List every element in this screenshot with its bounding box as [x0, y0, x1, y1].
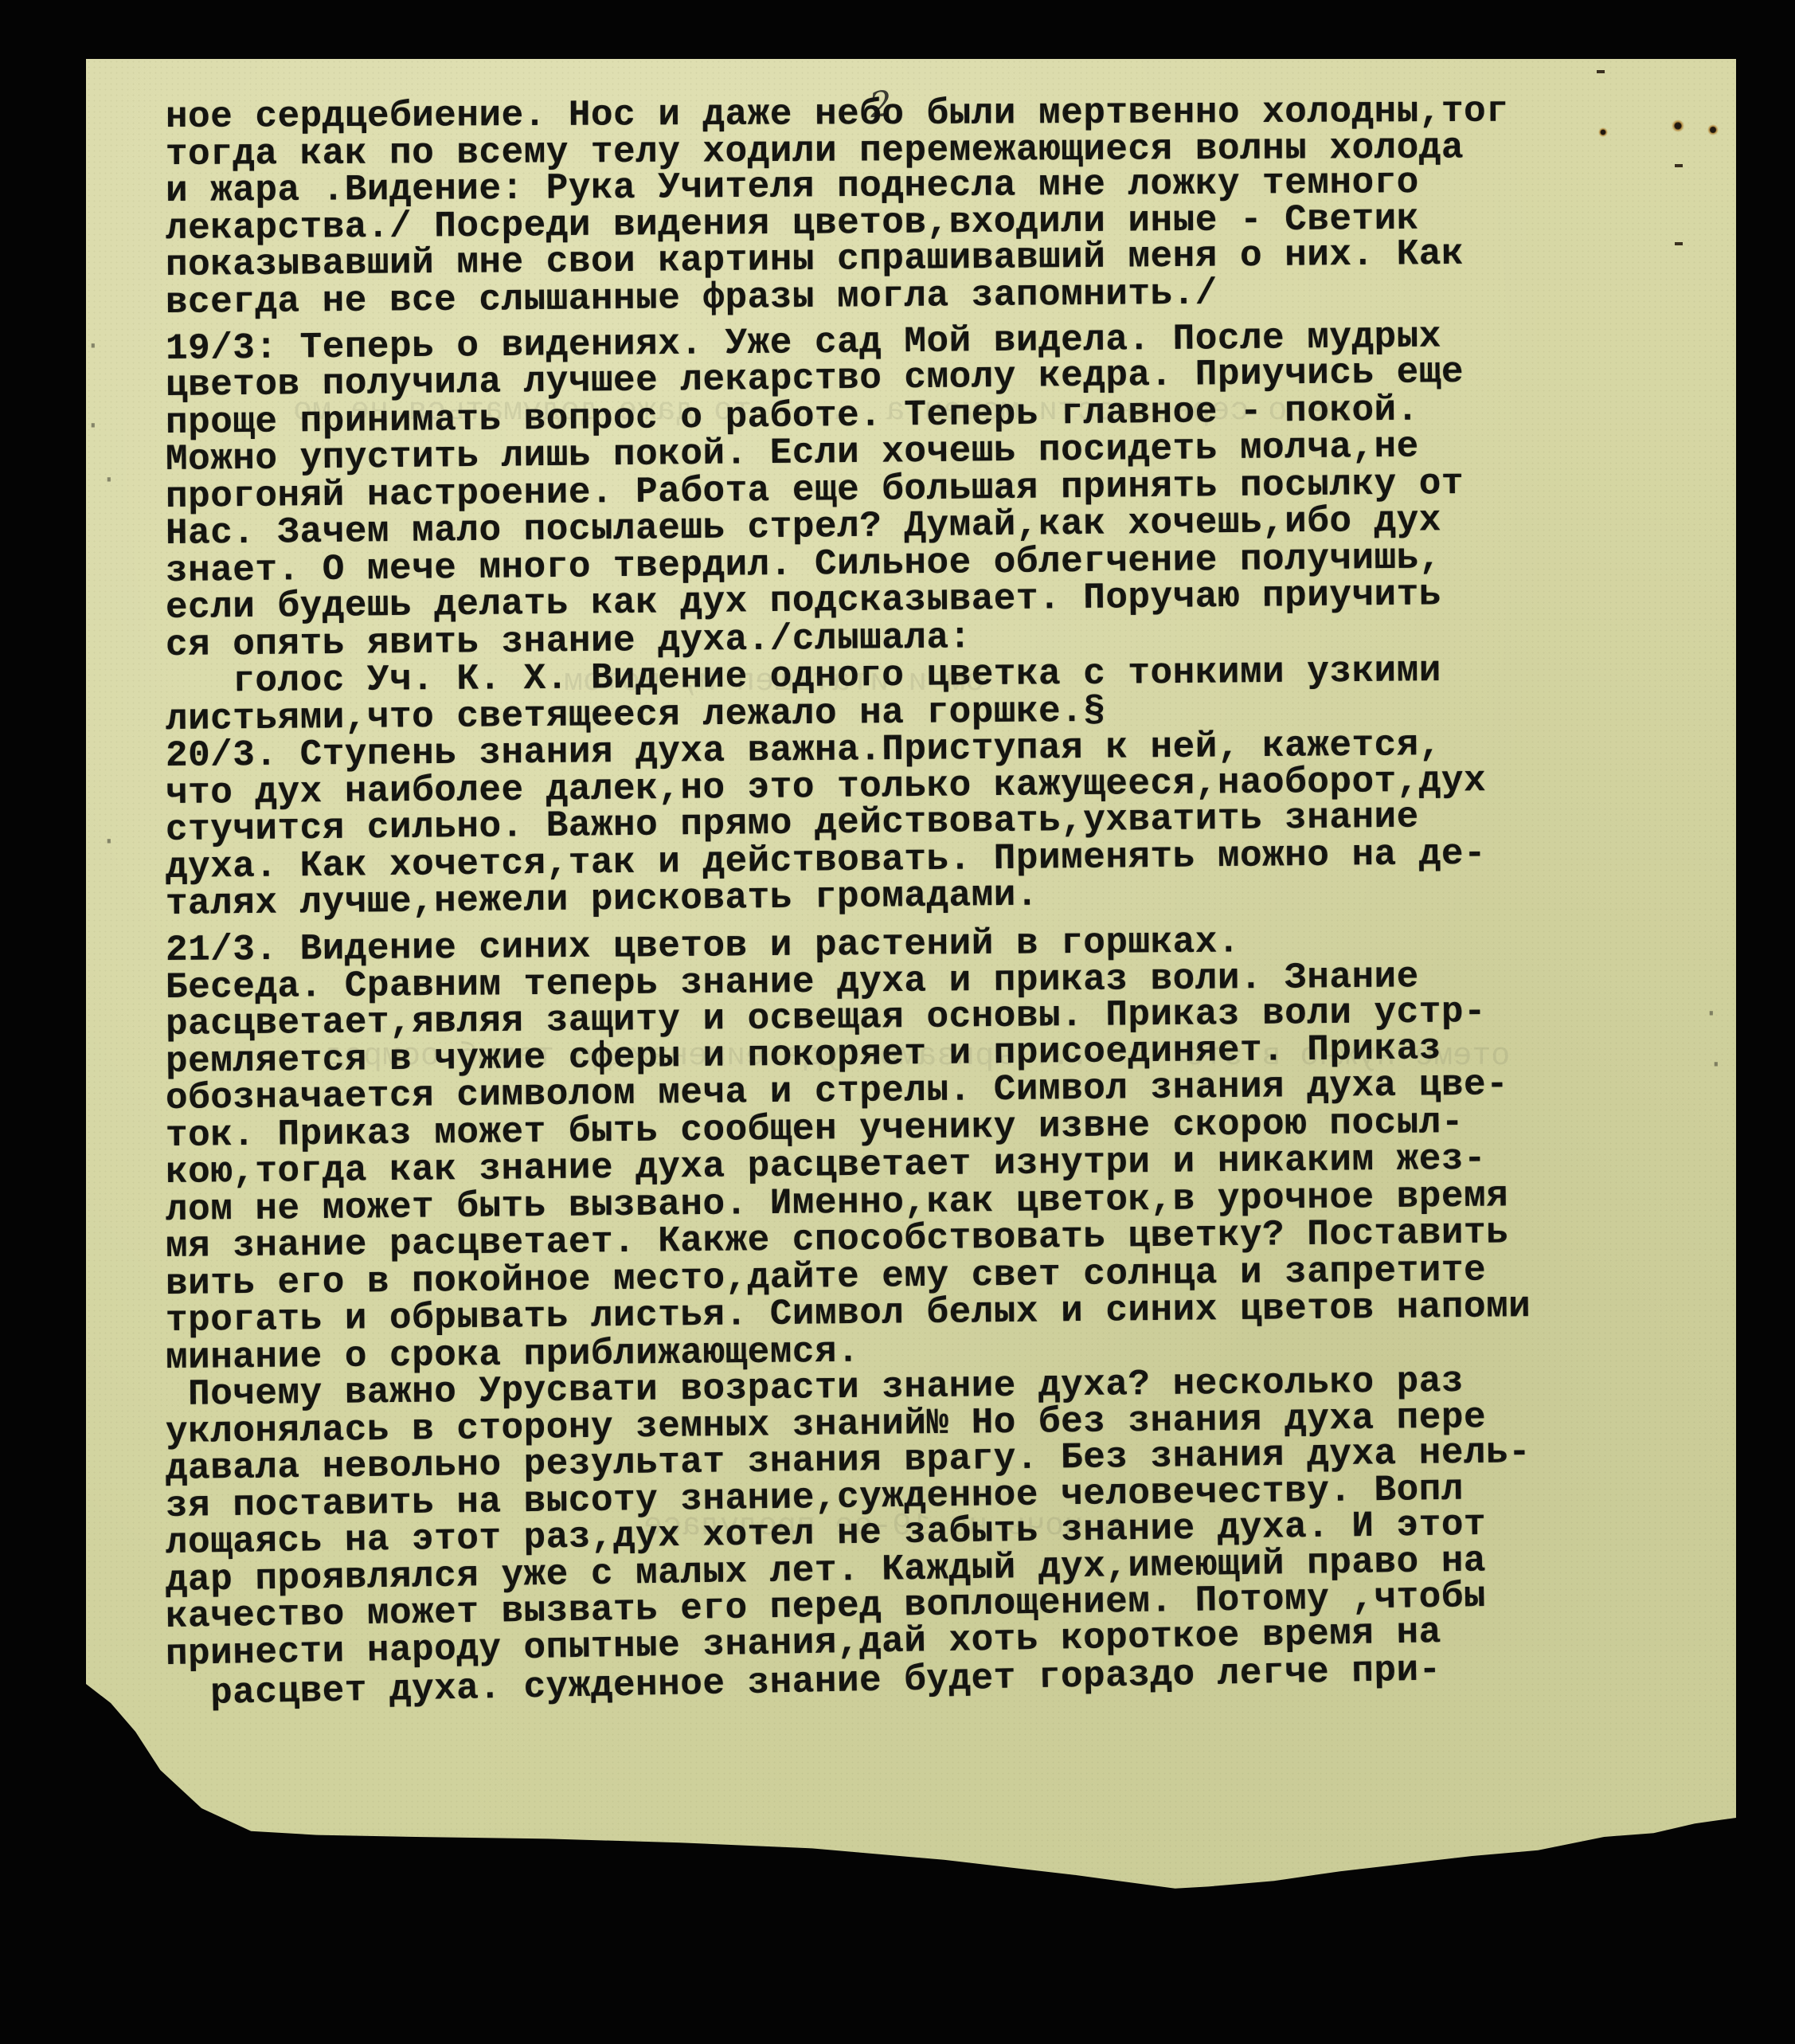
margin-mark: [1597, 70, 1605, 73]
margin-mark: ·: [1703, 997, 1720, 1030]
margin-mark: ·: [1707, 1048, 1725, 1081]
margin-mark: ·: [84, 409, 102, 442]
punch-hole: [1707, 124, 1719, 135]
margin-mark: ·: [84, 330, 102, 362]
margin-mark: [1675, 242, 1683, 245]
margin-mark: [1675, 164, 1683, 167]
margin-mark: ·: [100, 464, 118, 496]
punch-hole: [1672, 119, 1684, 132]
typed-page: ишь о серьезности момента ... то даже до…: [86, 59, 1736, 1971]
punch-hole: [1598, 127, 1608, 137]
typed-text-body: ное сердцебиение. Нос и даже небо были м…: [166, 99, 1679, 1713]
margin-mark: ·: [100, 825, 118, 858]
